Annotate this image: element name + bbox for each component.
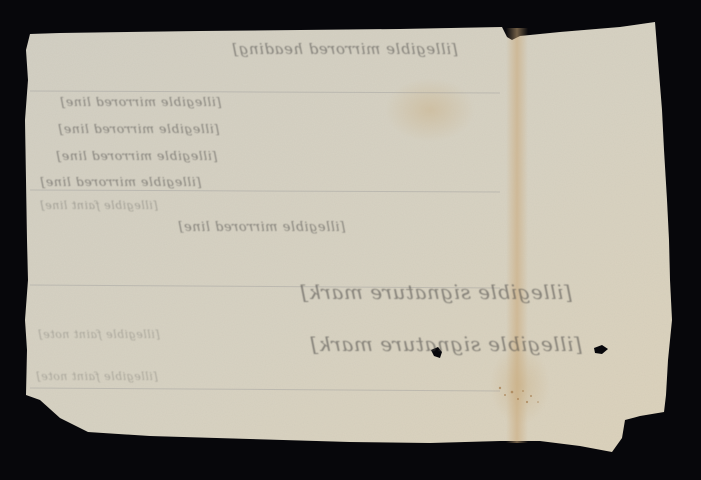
- handwriting-heading: [illegible mirrored heading]: [232, 40, 457, 58]
- margin-note: [illegible faint note]: [38, 328, 160, 341]
- margin-note: [illegible faint note]: [36, 370, 158, 383]
- handwriting-line: [illegible faint line]: [40, 199, 158, 212]
- handwriting-line: [illegible mirrored line]: [56, 148, 217, 163]
- signature-mark: [illegible signature mark]: [300, 280, 572, 304]
- handwriting-line: [illegible mirrored line]: [60, 94, 221, 109]
- signature-mark: [illegible signature mark]: [310, 332, 582, 356]
- paper-sheet: [0, 0, 701, 480]
- handwriting-line: [illegible mirrored line]: [40, 174, 201, 189]
- document-scan: [illegible mirrored heading] [illegible …: [0, 0, 701, 480]
- handwriting-line: [illegible mirrored line]: [58, 121, 219, 136]
- handwriting-line: [illegible mirrored line]: [178, 220, 345, 235]
- stain: [385, 78, 475, 142]
- stain: [490, 345, 550, 425]
